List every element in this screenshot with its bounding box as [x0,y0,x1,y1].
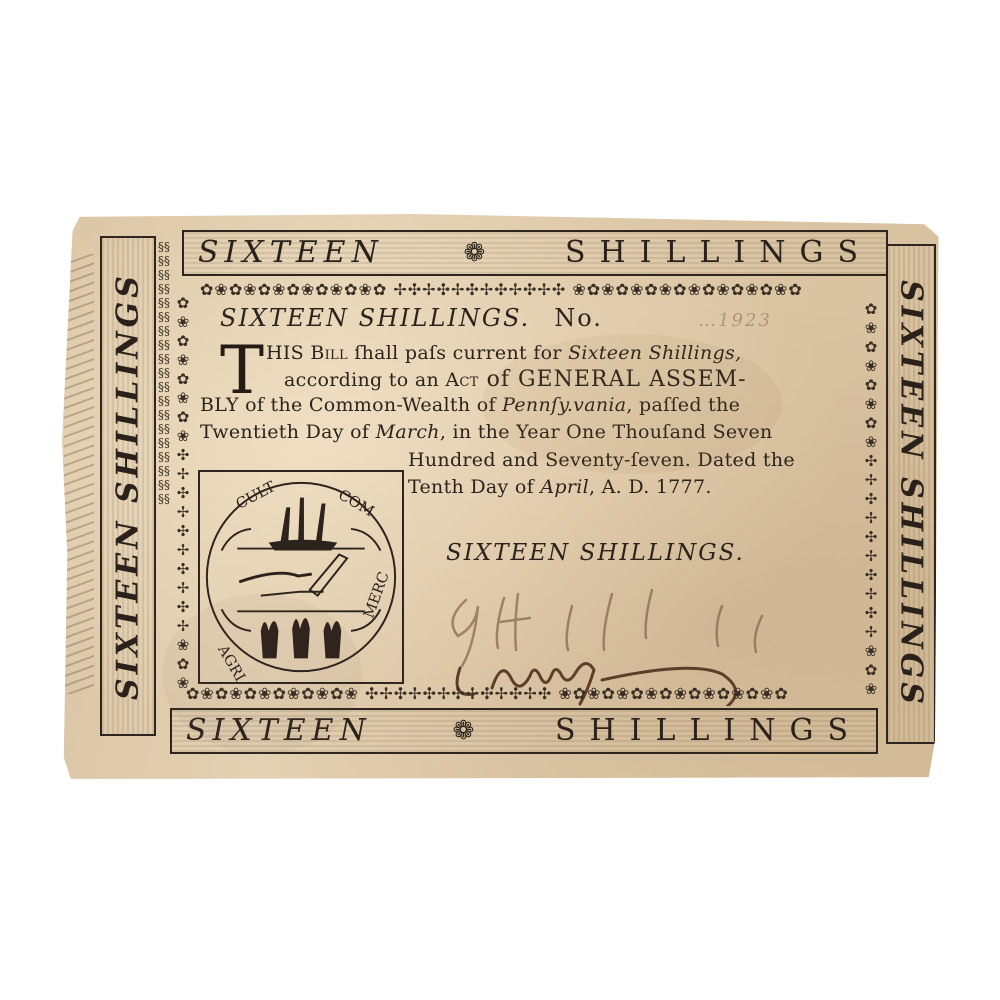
body-text: Act [445,369,478,391]
left-side-banner-text: SIXTEEN SHILLINGS [111,272,146,700]
left-ornament-column: ✿❀✿❀✿❀✿❀✣✢✣✢✣✢✣✢✣✢❀✿❀✿❀✿❀✿ [172,294,194,694]
top-ornament-row: ✿❀✿❀✿❀✿❀✿❀✿❀✿ ✢✣✢✣✢✣✢✣✢✣✢✣ ❀✿❀✿❀✿❀✿❀✿❀✿❀… [200,280,870,302]
heading-text: SIXTEEN SHILLINGS. [220,304,530,332]
bottom-banner-left-word: SIXTEEN [186,716,372,746]
body-line-6: Tenth Day of April, A. D. 1777. [408,476,712,498]
right-side-banner: SIXTEEN SHILLINGS [886,244,936,744]
note-subheading: SIXTEEN SHILLINGS. [446,540,745,566]
note-heading: SIXTEEN SHILLINGS.No. [220,304,603,332]
serial-number: …1923 [698,310,772,331]
top-banner-right-word: SHILLINGS [565,238,872,268]
body-text: Twentieth Day of [200,421,376,443]
body-text: ſhall paſs current for [348,342,568,364]
body-line-3: BLY of the Common-Wealth of Pennſy.vania… [200,394,740,416]
body-line-5: Hundred and Seventy-ſeven. Dated the [408,449,795,471]
rosette-icon: ❁ [453,716,475,746]
body-text: Bill [310,342,348,364]
left-edge-ornament: §§§§§§§§§§§§§§§§§§§§§§§§§§§§§§§§§§§§§§ [158,240,170,730]
body-text: according to an [284,369,445,391]
body-line-1: HIS Bill ſhall paſs current for Sixteen … [266,342,741,364]
body-text: HIS [266,342,310,364]
body-text: of GENERAL ASSEM- [479,367,747,392]
bottom-ornament-row: ✿❀✿❀✿❀✿❀✿❀✿❀ ✣✢✣✢✣✢✣✢✣✢✣✢✣ ❀✿❀✿❀✿❀✿❀✿❀✿❀… [186,684,876,706]
left-side-banner: SIXTEEN SHILLINGS [100,236,156,736]
leaf-ornament-margin [64,254,94,694]
bottom-banner: SIXTEEN ❁ SHILLINGS [170,708,878,754]
top-banner: SIXTEEN ❁ SHILLINGS [182,230,888,276]
body-text: , in the Year One Thouſand Seven [440,421,773,443]
seal: CULT COM AGRI MERC [198,470,404,684]
number-label: No. [554,304,603,332]
body-text: , A. D. 1777. [589,476,712,498]
body-text-italic: Pennſy.vania [502,394,626,416]
right-side-banner-text: SIXTEEN SHILLINGS [894,280,929,708]
body-text-italic: March [376,421,440,443]
rosette-icon: ❁ [464,238,486,268]
right-ornament-column: ✿❀✿❀✿❀✿❀✣✢✣✢✣✢✣✢✣✢❀✿❀✿❀✿❀✿ [860,300,882,696]
body-text: Hundred and Seventy-ſeven. Dated the [408,449,795,471]
svg-text:CULT: CULT [233,478,278,513]
body-line-2: according to an Act of GENERAL ASSEM- [284,367,747,392]
svg-text:COM: COM [335,486,377,520]
top-banner-left-word: SIXTEEN [198,238,384,268]
body-text: Tenth Day of [408,476,540,498]
body-text: BLY of the Common-Wealth of [200,394,502,416]
seal-emblem-icon: CULT COM AGRI MERC [200,472,402,682]
body-line-4: Twentieth Day of March, in the Year One … [200,421,773,443]
body-text: , paſſed the [626,394,740,416]
banknote: §§§§§§§§§§§§§§§§§§§§§§§§§§§§§§§§§§§§§§ S… [62,214,942,780]
body-text-italic: Sixteen Shillings, [568,342,741,364]
body-text-italic: April [540,476,589,498]
svg-text:AGRI: AGRI [214,641,249,682]
bottom-banner-right-word: SHILLINGS [555,716,862,746]
